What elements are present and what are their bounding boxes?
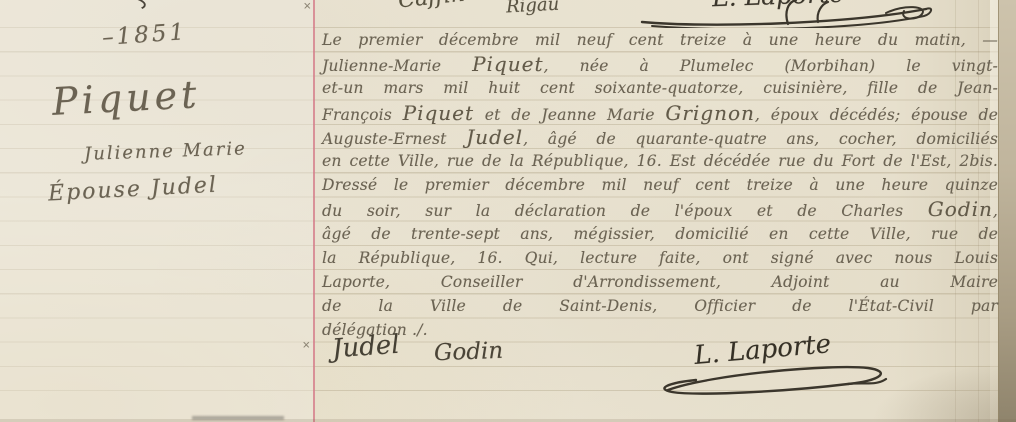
previous-act-signature-2: Rigau	[505, 0, 559, 17]
act-line: François Piquet et de Jeanne Marie Grign…	[322, 101, 998, 125]
signature-flourish-top	[638, 0, 938, 28]
act-line: âgé de trente-sept ans, mégissier, domic…	[322, 222, 998, 246]
signature-judel: Judel	[331, 330, 400, 365]
act-line: Laporte, Conseiller d'Arrondissement, Ad…	[322, 270, 998, 294]
act-line: Le premier décembre mil neuf cent treize…	[322, 28, 998, 52]
signature-flourish-bottom	[652, 356, 902, 398]
act-line: Julienne-Marie Piquet, née à Plumelec (M…	[322, 52, 998, 76]
act-line: délégation ./.	[322, 318, 998, 342]
margin-rule-line	[313, 0, 315, 422]
act-line: la République, 16. Qui, lecture faite, o…	[322, 246, 998, 270]
reference-mark-mid: ×	[302, 340, 310, 351]
act-line: Dressé le premier décembre mil neuf cent…	[322, 173, 998, 197]
register-page: –1851 Piquet Julienne Marie Épouse Judel…	[0, 0, 1016, 422]
page-edge	[998, 0, 1016, 422]
signature-godin: Godin	[434, 338, 504, 366]
act-line: de la Ville de Saint-Denis, Officier de …	[322, 294, 998, 318]
act-line: en cette Ville, rue de la République, 16…	[322, 149, 998, 173]
act-body: Le premier décembre mil neuf cent treize…	[322, 28, 998, 342]
act-line: Auguste-Ernest Judel, âgé de quarante-qu…	[322, 125, 998, 149]
act-line: et-un mars mil huit cent soixante-quator…	[322, 76, 998, 100]
margin-surname: Piquet	[51, 72, 201, 124]
previous-act-signature-1: Caffin	[397, 0, 466, 13]
reference-mark-top: ×	[303, 1, 311, 12]
act-line: du soir, sur la déclaration de l'époux e…	[322, 197, 998, 221]
margin-column	[0, 0, 313, 422]
